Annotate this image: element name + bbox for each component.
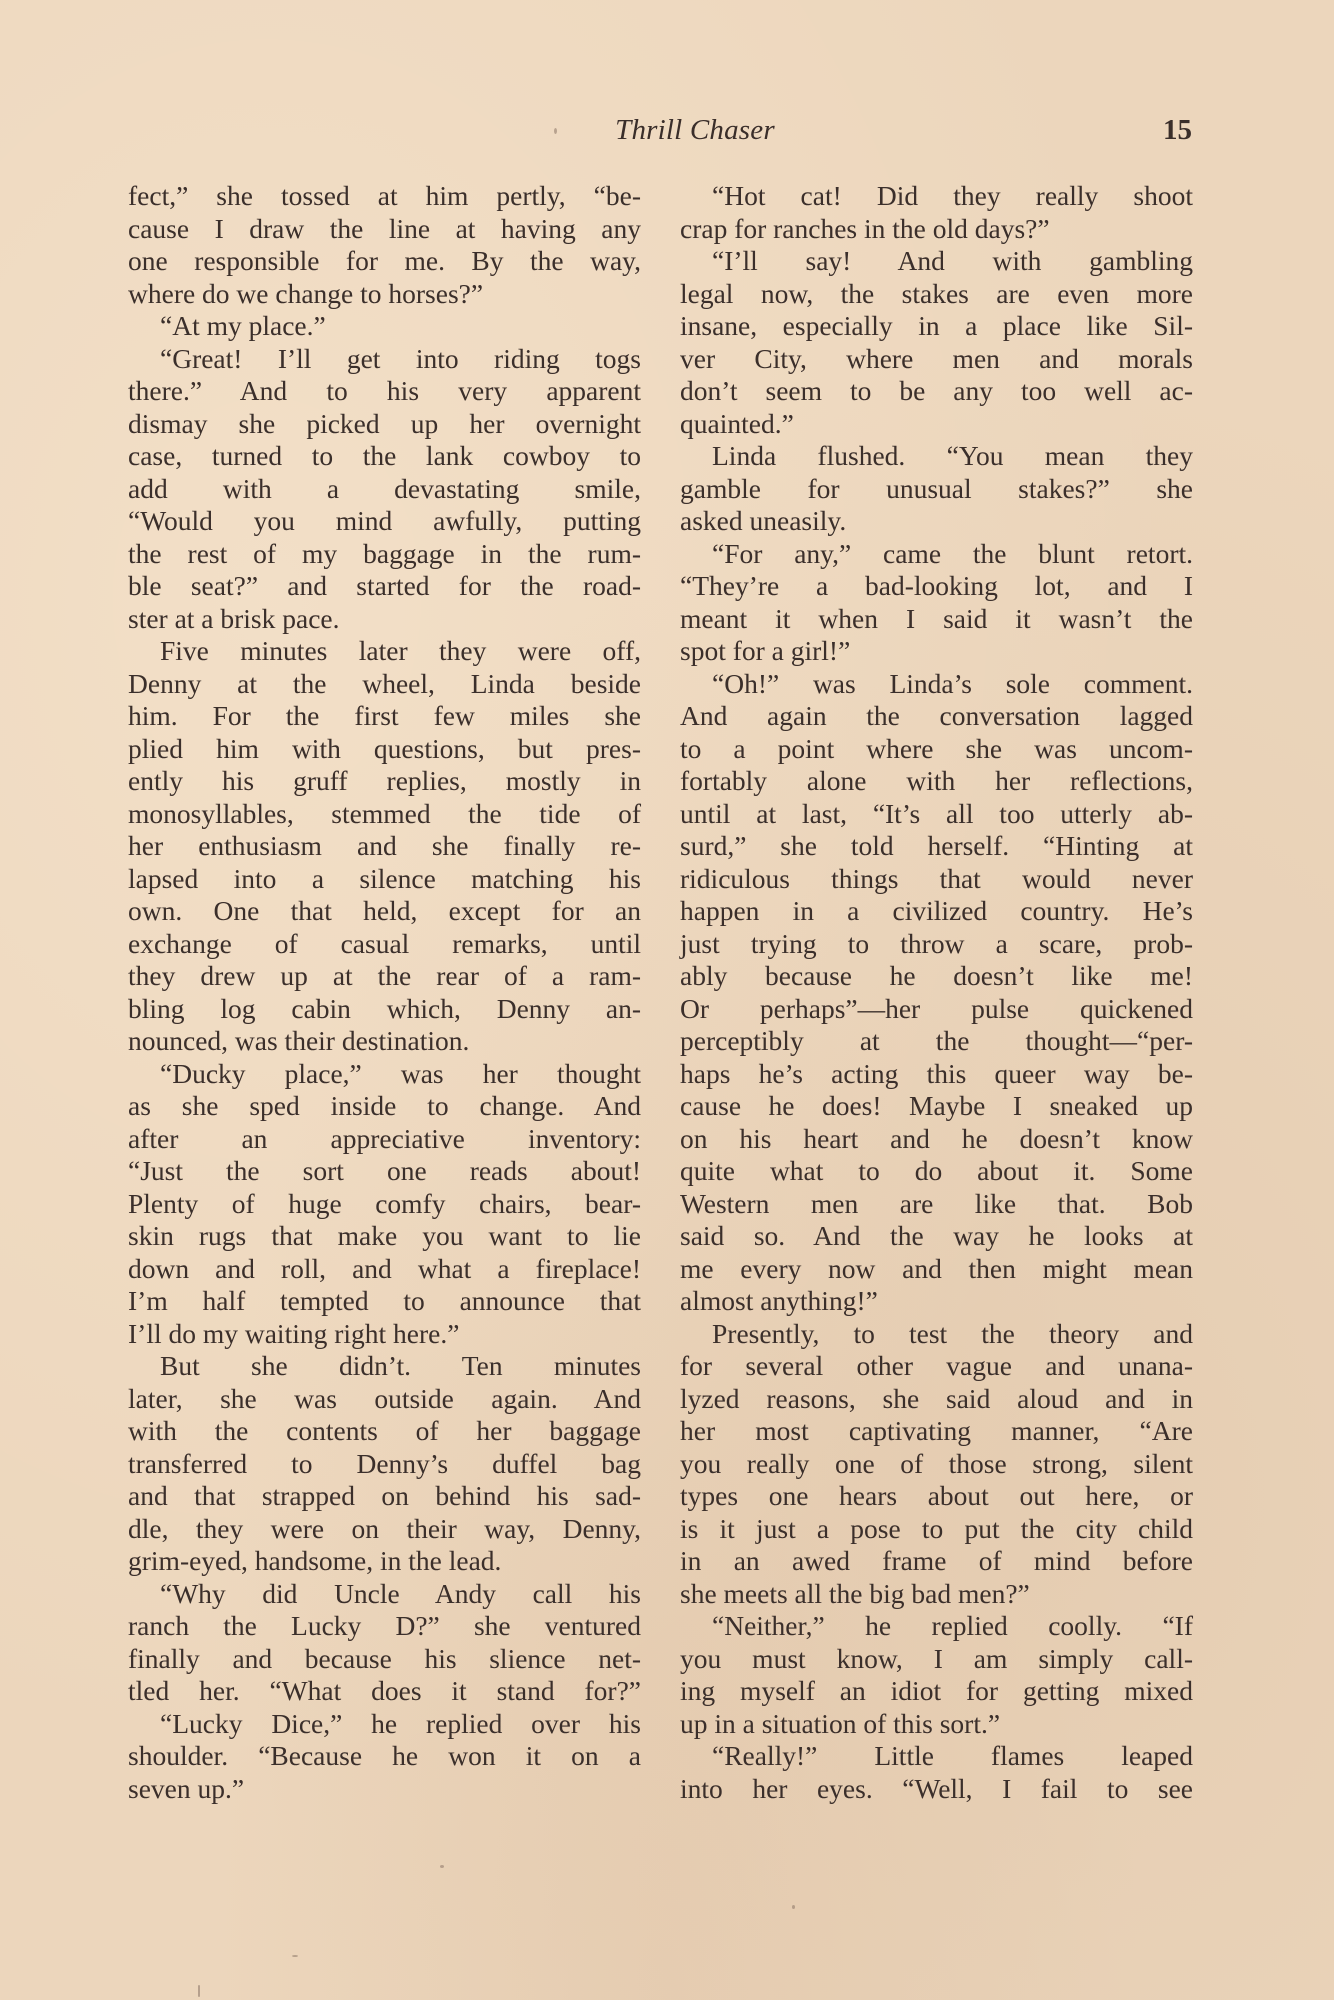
- text-line: Or perhaps”—her pulse quickened: [680, 993, 1193, 1026]
- text-line: she meets all the big bad men?”: [680, 1578, 1193, 1611]
- text-line: grim-eyed, handsome, in the lead.: [128, 1545, 641, 1578]
- text-line: ster at a brisk pace.: [128, 603, 641, 636]
- text-line: after an appreciative inventory:: [128, 1123, 641, 1156]
- text-line: “Ducky place,” was her thought: [128, 1058, 641, 1091]
- paper-speck: [792, 1905, 795, 1909]
- paper-speck: [440, 1865, 444, 1868]
- text-line: fect,” she tossed at him pertly, “be-: [128, 180, 641, 213]
- text-line: “Hot cat! Did they really shoot: [680, 180, 1193, 213]
- text-line: haps he’s acting this queer way be-: [680, 1058, 1193, 1091]
- text-line: seven up.”: [128, 1773, 641, 1806]
- text-line: just trying to throw a scare, prob-: [680, 928, 1193, 961]
- text-line: lyzed reasons, she said aloud and in: [680, 1383, 1193, 1416]
- text-line: spot for a girl!”: [680, 635, 1193, 668]
- text-line: “For any,” came the blunt retort.: [680, 538, 1193, 571]
- text-line: Presently, to test the theory and: [680, 1318, 1193, 1351]
- text-line: him. For the first few miles she: [128, 700, 641, 733]
- text-line: crap for ranches in the old days?”: [680, 213, 1193, 246]
- book-page: Thrill Chaser 15 fect,” she tossed at hi…: [0, 0, 1334, 2000]
- text-line: said so. And the way he looks at: [680, 1220, 1193, 1253]
- text-line: you must know, I am simply call-: [680, 1643, 1193, 1676]
- text-line: plied him with questions, but pres-: [128, 733, 641, 766]
- text-line: “Oh!” was Linda’s sole comment.: [680, 668, 1193, 701]
- text-line: “At my place.”: [128, 310, 641, 343]
- text-line: ver City, where men and morals: [680, 343, 1193, 376]
- text-line: own. One that held, except for an: [128, 895, 641, 928]
- text-line: tled her. “What does it stand for?”: [128, 1675, 641, 1708]
- text-line: “Great! I’ll get into riding togs: [128, 343, 641, 376]
- text-line: for several other vague and unana-: [680, 1350, 1193, 1383]
- text-line: monosyllables, stemmed the tide of: [128, 798, 641, 831]
- text-line: “They’re a bad-looking lot, and I: [680, 570, 1193, 603]
- right-column: “Hot cat! Did they really shootcrap for …: [680, 180, 1193, 1805]
- text-line: I’m half tempted to announce that: [128, 1285, 641, 1318]
- text-line: into her eyes. “Well, I fail to see: [680, 1773, 1193, 1806]
- text-line: add with a devastating smile,: [128, 473, 641, 506]
- text-line: perceptibly at the thought—“per-: [680, 1025, 1193, 1058]
- text-line: ridiculous things that would never: [680, 863, 1193, 896]
- text-line: Linda flushed. “You mean they: [680, 440, 1193, 473]
- text-line: “Would you mind awfully, putting: [128, 505, 641, 538]
- text-line: up in a situation of this sort.”: [680, 1708, 1193, 1741]
- text-line: on his heart and he doesn’t know: [680, 1123, 1193, 1156]
- text-line: dle, they were on their way, Denny,: [128, 1513, 641, 1546]
- text-line: her enthusiasm and she finally re-: [128, 830, 641, 863]
- text-line: her most captivating manner, “Are: [680, 1415, 1193, 1448]
- page-number: 15: [1163, 112, 1192, 148]
- text-line: bling log cabin which, Denny an-: [128, 993, 641, 1026]
- text-line: transferred to Denny’s duffel bag: [128, 1448, 641, 1481]
- text-line: later, she was outside again. And: [128, 1383, 641, 1416]
- text-line: asked uneasily.: [680, 505, 1193, 538]
- text-line: happen in a civilized country. He’s: [680, 895, 1193, 928]
- text-line: legal now, the stakes are even more: [680, 278, 1193, 311]
- paper-speck: [292, 1955, 298, 1957]
- left-column: fect,” she tossed at him pertly, “be-cau…: [128, 180, 641, 1805]
- text-line: exchange of casual remarks, until: [128, 928, 641, 961]
- text-line: ently his gruff replies, mostly in: [128, 765, 641, 798]
- text-line: “Just the sort one reads about!: [128, 1155, 641, 1188]
- text-line: But she didn’t. Ten minutes: [128, 1350, 641, 1383]
- text-line: ble seat?” and started for the road-: [128, 570, 641, 603]
- text-line: Plenty of huge comfy chairs, bear-: [128, 1188, 641, 1221]
- text-line: insane, especially in a place like Sil-: [680, 310, 1193, 343]
- text-line: surd,” she told herself. “Hinting at: [680, 830, 1193, 863]
- text-line: shoulder. “Because he won it on a: [128, 1740, 641, 1773]
- text-line: Denny at the wheel, Linda beside: [128, 668, 641, 701]
- text-line: Western men are like that. Bob: [680, 1188, 1193, 1221]
- text-line: cause he does! Maybe I sneaked up: [680, 1090, 1193, 1123]
- text-line: cause I draw the line at having any: [128, 213, 641, 246]
- text-line: types one hears about out here, or: [680, 1480, 1193, 1513]
- text-line: And again the conversation lagged: [680, 700, 1193, 733]
- text-line: finally and because his slience net-: [128, 1643, 641, 1676]
- text-line: fortably alone with her reflections,: [680, 765, 1193, 798]
- text-line: “Why did Uncle Andy call his: [128, 1578, 641, 1611]
- text-line: they drew up at the rear of a ram-: [128, 960, 641, 993]
- text-line: Five minutes later they were off,: [128, 635, 641, 668]
- text-line: you really one of those strong, silent: [680, 1448, 1193, 1481]
- text-line: quite what to do about it. Some: [680, 1155, 1193, 1188]
- paper-speck: [198, 1985, 200, 1997]
- text-line: with the contents of her baggage: [128, 1415, 641, 1448]
- text-line: the rest of my baggage in the rum-: [128, 538, 641, 571]
- text-line: to a point where she was uncom-: [680, 733, 1193, 766]
- text-line: in an awed frame of mind before: [680, 1545, 1193, 1578]
- text-line: down and roll, and what a fireplace!: [128, 1253, 641, 1286]
- text-line: I’ll do my waiting right here.”: [128, 1318, 641, 1351]
- text-line: “Neither,” he replied coolly. “If: [680, 1610, 1193, 1643]
- text-line: ably because he doesn’t like me!: [680, 960, 1193, 993]
- running-title: Thrill Chaser: [128, 112, 1192, 148]
- text-line: nounced, was their destination.: [128, 1025, 641, 1058]
- text-line: there.” And to his very apparent: [128, 375, 641, 408]
- running-head: Thrill Chaser 15: [128, 112, 1192, 148]
- text-line: case, turned to the lank cowboy to: [128, 440, 641, 473]
- text-line: ranch the Lucky D?” she ventured: [128, 1610, 641, 1643]
- text-line: one responsible for me. By the way,: [128, 245, 641, 278]
- text-line: meant it when I said it wasn’t the: [680, 603, 1193, 636]
- text-line: dismay she picked up her overnight: [128, 408, 641, 441]
- text-line: is it just a pose to put the city child: [680, 1513, 1193, 1546]
- text-line: “I’ll say! And with gambling: [680, 245, 1193, 278]
- text-line: gamble for unusual stakes?” she: [680, 473, 1193, 506]
- text-line: don’t seem to be any too well ac-: [680, 375, 1193, 408]
- text-line: me every now and then might mean: [680, 1253, 1193, 1286]
- text-line: skin rugs that make you want to lie: [128, 1220, 641, 1253]
- text-line: quainted.”: [680, 408, 1193, 441]
- text-line: and that strapped on behind his sad-: [128, 1480, 641, 1513]
- text-line: where do we change to horses?”: [128, 278, 641, 311]
- text-line: until at last, “It’s all too utterly ab-: [680, 798, 1193, 831]
- text-line: lapsed into a silence matching his: [128, 863, 641, 896]
- paper-speck: [554, 128, 557, 134]
- text-line: “Lucky Dice,” he replied over his: [128, 1708, 641, 1741]
- text-line: almost anything!”: [680, 1285, 1193, 1318]
- text-line: “Really!” Little flames leaped: [680, 1740, 1193, 1773]
- text-line: ing myself an idiot for getting mixed: [680, 1675, 1193, 1708]
- text-line: as she sped inside to change. And: [128, 1090, 641, 1123]
